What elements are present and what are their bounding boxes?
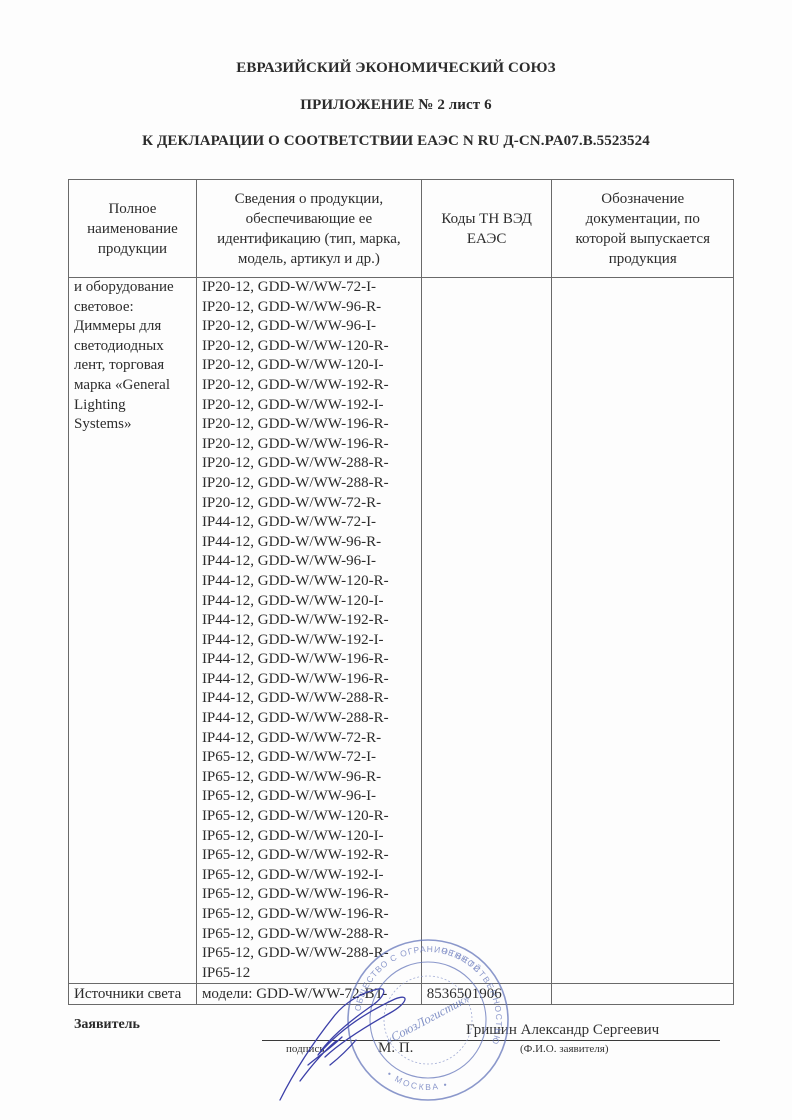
text-line: и оборудование xyxy=(74,278,191,298)
text-line: IP65-12, GDD-W/WW-72-I- xyxy=(202,748,416,768)
table-row: Источники света модели: GDD-W/WW-72-BT- … xyxy=(69,984,734,1005)
appendix-title: ПРИЛОЖЕНИЕ № 2 лист 6 xyxy=(0,97,792,114)
text-line: Полное xyxy=(73,199,192,219)
text-line: IP44-12, GDD-W/WW-192-I- xyxy=(202,631,416,651)
text-line: Сведения о продукции, xyxy=(201,189,417,209)
text-line: IP44-12, GDD-W/WW-96-I- xyxy=(202,552,416,572)
text-line: Обозначение xyxy=(556,189,729,209)
text-line: наименование xyxy=(73,219,192,239)
text-line: IP65-12, GDD-W/WW-288-R- xyxy=(202,944,416,964)
text-line: IP65-12, GDD-W/WW-96-R- xyxy=(202,768,416,788)
text-line: Коды ТН ВЭД xyxy=(426,209,548,229)
text-line: марка «General xyxy=(74,376,191,396)
text-line: IP65-12, GDD-W/WW-96-I- xyxy=(202,787,416,807)
name-line xyxy=(420,1040,720,1041)
svg-text:• МОСКВА •: • МОСКВА • xyxy=(385,1069,450,1092)
text-line: IP65-12 xyxy=(202,964,416,984)
applicant-name: Гришин Александр Сергеевич xyxy=(466,1022,659,1039)
text-line: IP20-12, GDD-W/WW-192-R- xyxy=(202,376,416,396)
text-line: IP20-12, GDD-W/WW-96-I- xyxy=(202,317,416,337)
models-cell: IP20-12, GDD-W/WW-72-I-IP20-12, GDD-W/WW… xyxy=(196,278,421,984)
text-line: IP65-12, GDD-W/WW-192-R- xyxy=(202,846,416,866)
documentation-cell xyxy=(552,278,734,984)
product-name-cell: и оборудованиесветовое:Диммеры длясветод… xyxy=(69,278,197,984)
text-line: Systems» xyxy=(74,415,191,435)
text-line: IP65-12, GDD-W/WW-288-R- xyxy=(202,925,416,945)
text-line: IP20-12, GDD-W/WW-120-R- xyxy=(202,337,416,357)
text-line: IP44-12, GDD-W/WW-196-R- xyxy=(202,650,416,670)
declaration-title: К ДЕКЛАРАЦИИ О СООТВЕТСТВИИ ЕАЭС N RU Д-… xyxy=(0,133,792,150)
text-line: документации, по xyxy=(556,209,729,229)
text-line: IP20-12, GDD-W/WW-288-R- xyxy=(202,454,416,474)
text-line: IP65-12, GDD-W/WW-192-I- xyxy=(202,866,416,886)
applicant-label: Заявитель xyxy=(74,1017,140,1033)
header-tn-ved: Коды ТН ВЭДЕАЭС xyxy=(421,180,552,278)
text-line: лент, торговая xyxy=(74,356,191,376)
text-line: световое: xyxy=(74,298,191,318)
text-line: IP44-12, GDD-W/WW-120-I- xyxy=(202,592,416,612)
text-line: IP44-12, GDD-W/WW-72-I- xyxy=(202,513,416,533)
text-line: светодиодных xyxy=(74,337,191,357)
text-line: обеспечивающие ее xyxy=(201,209,417,229)
documentation-cell xyxy=(552,984,734,1005)
products-table: Полноенаименованиепродукции Сведения о п… xyxy=(68,179,734,1005)
tn-ved-cell xyxy=(421,278,552,984)
text-line: IP20-12, GDD-W/WW-196-R- xyxy=(202,435,416,455)
models-cell: модели: GDD-W/WW-72-BT- xyxy=(196,984,421,1005)
signature-caption: подпись xyxy=(286,1043,324,1055)
text-line: Диммеры для xyxy=(74,317,191,337)
text-line: IP44-12, GDD-W/WW-196-R- xyxy=(202,670,416,690)
text-line: IP44-12, GDD-W/WW-96-R- xyxy=(202,533,416,553)
table-header-row: Полноенаименованиепродукции Сведения о п… xyxy=(69,180,734,278)
text-line: IP20-12, GDD-W/WW-288-R- xyxy=(202,474,416,494)
table-row: и оборудованиесветовое:Диммеры длясветод… xyxy=(69,278,734,984)
name-caption: (Ф.И.О. заявителя) xyxy=(520,1043,609,1055)
text-line: IP20-12, GDD-W/WW-96-R- xyxy=(202,298,416,318)
text-line: продукция xyxy=(556,249,729,269)
text-line: IP44-12, GDD-W/WW-288-R- xyxy=(202,709,416,729)
text-line: Lighting xyxy=(74,396,191,416)
text-line: IP44-12, GDD-W/WW-288-R- xyxy=(202,689,416,709)
text-line: IP20-12, GDD-W/WW-120-I- xyxy=(202,356,416,376)
text-line: IP20-12, GDD-W/WW-192-I- xyxy=(202,396,416,416)
union-title: ЕВРАЗИЙСКИЙ ЭКОНОМИЧЕСКИЙ СОЮЗ xyxy=(0,60,792,77)
text-line: IP65-12, GDD-W/WW-120-R- xyxy=(202,807,416,827)
text-line: IP20-12, GDD-W/WW-72-I- xyxy=(202,278,416,298)
text-line: IP65-12, GDD-W/WW-196-R- xyxy=(202,905,416,925)
text-line: IP65-12, GDD-W/WW-120-I- xyxy=(202,827,416,847)
stamp-place-label: М. П. xyxy=(378,1040,413,1057)
text-line: IP44-12, GDD-W/WW-120-R- xyxy=(202,572,416,592)
tn-ved-cell: 8536501906 xyxy=(421,984,552,1005)
text-line: которой выпускается xyxy=(556,229,729,249)
product-name-cell: Источники света xyxy=(69,984,197,1005)
text-line: продукции xyxy=(73,239,192,259)
text-line: ЕАЭС xyxy=(426,229,548,249)
text-line: IP44-12, GDD-W/WW-192-R- xyxy=(202,611,416,631)
text-line: IP20-12, GDD-W/WW-72-R- xyxy=(202,494,416,514)
header-product-info: Сведения о продукции,обеспечивающие ееид… xyxy=(196,180,421,278)
header-product-name: Полноенаименованиепродукции xyxy=(69,180,197,278)
text-line: идентификацию (тип, марка, xyxy=(201,229,417,249)
header-documentation: Обозначениедокументации, покоторой выпус… xyxy=(552,180,734,278)
text-line: модель, артикул и др.) xyxy=(201,249,417,269)
text-line: IP65-12, GDD-W/WW-196-R- xyxy=(202,885,416,905)
text-line: IP44-12, GDD-W/WW-72-R- xyxy=(202,729,416,749)
text-line: IP20-12, GDD-W/WW-196-R- xyxy=(202,415,416,435)
